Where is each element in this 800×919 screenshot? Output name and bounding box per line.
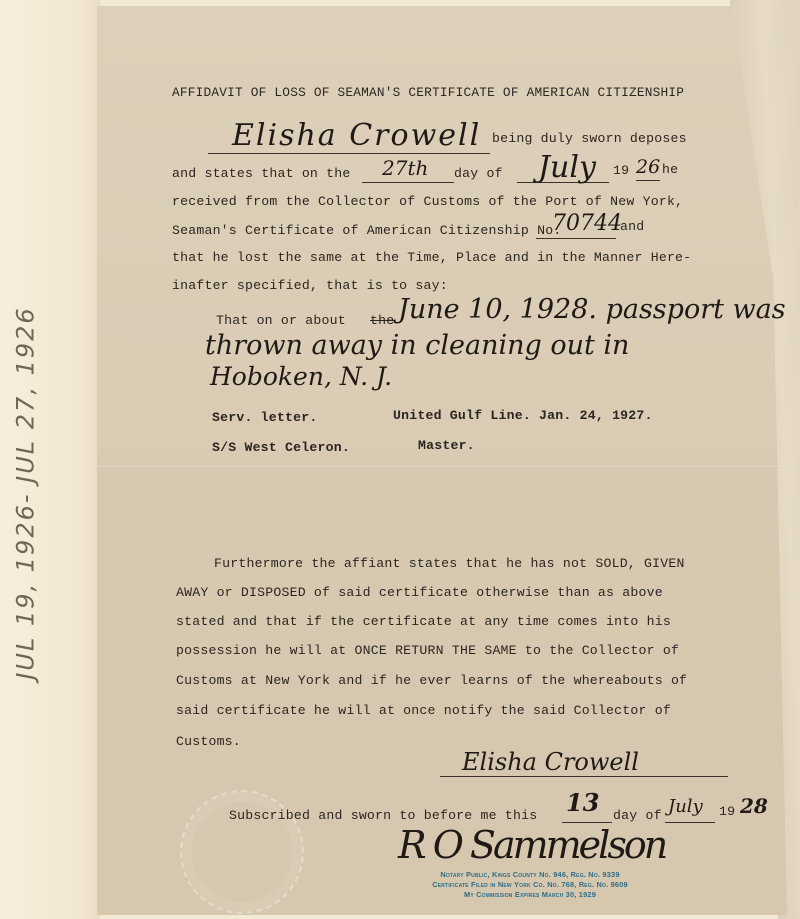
paragraph2-line5: Customs at New York and if he ever learn… <box>176 673 687 688</box>
sworn-month: July <box>668 796 703 817</box>
sworn-dayof: day of <box>613 808 662 823</box>
certificate-number: 70744 <box>552 211 622 236</box>
affiant-name-handwritten: Elisha Crowell <box>232 118 481 153</box>
line7-prefix: That on or about <box>216 313 346 328</box>
paragraph2-line4: possession he will at ONCE RETURN THE SA… <box>176 643 679 658</box>
received-month: July <box>538 150 596 185</box>
sworn-prefix: Subscribed and sworn to before me this <box>229 808 537 823</box>
notary-stamp-line3: My Commission Expires March 30, 1929 <box>390 890 670 900</box>
notary-stamp-line1: Notary Public, Kings County No. 946, Reg… <box>390 870 670 880</box>
sworn-year: 28 <box>740 794 768 818</box>
received-year: 26 <box>636 156 660 178</box>
sworn-day: 13 <box>566 788 599 817</box>
margin-date-text: JUL 19, 1926- JUL 27, 1926 <box>12 306 40 679</box>
paragraph2-line2: AWAY or DISPOSED of said certificate oth… <box>176 585 663 600</box>
line2-suffix: he <box>662 162 678 177</box>
struck-word: the <box>370 313 394 328</box>
ref-rank: Master. <box>418 438 475 453</box>
year-blank <box>636 180 660 181</box>
notary-stamp-line2: Certificate Filed in New York Co. No. 76… <box>390 880 670 890</box>
signature-line <box>440 776 728 777</box>
sworn-month-blank <box>665 822 715 823</box>
handwritten-statement-line3: Hoboken, N. J. <box>210 362 392 391</box>
ref-vessel: S/S West Celeron. <box>212 440 350 455</box>
handwritten-statement-line1: June 10, 1928. passport was <box>398 294 786 325</box>
paragraph2-line1: Furthermore the affiant states that he h… <box>214 556 685 571</box>
paragraph2-line3: stated and that if the certificate at an… <box>176 614 671 629</box>
name-blank <box>208 153 490 154</box>
line2-prefix: and states that on the <box>172 166 351 181</box>
notary-stamp: Notary Public, Kings County No. 946, Reg… <box>390 870 670 900</box>
ref-company-date: United Gulf Line. Jan. 24, 1927. <box>393 408 653 423</box>
cert-number-blank <box>536 238 616 239</box>
document-title: AFFIDAVIT OF LOSS OF SEAMAN'S CERTIFICAT… <box>172 85 684 100</box>
line3-text: received from the Collector of Customs o… <box>172 194 683 209</box>
affiant-signature: Elisha Crowell <box>462 748 639 776</box>
day-blank <box>362 182 454 183</box>
handwritten-statement-line2: thrown away in cleaning out in <box>205 330 629 361</box>
line1-text: being duly sworn deposes <box>492 131 687 146</box>
line6-text: inafter specified, that is to say: <box>172 278 448 293</box>
year-prefix: 19 <box>613 163 629 178</box>
line2-dayof: day of <box>454 166 503 181</box>
line5-text: that he lost the same at the Time, Place… <box>172 250 691 265</box>
received-day: 27th <box>382 156 428 180</box>
sworn-year-prefix: 19 <box>719 804 735 819</box>
notary-signature: R O Sammelson <box>398 823 665 867</box>
paragraph2-line6: said certificate he will at once notify … <box>176 703 671 718</box>
line4-suffix: and <box>620 219 644 234</box>
line4-prefix: Seaman's Certificate of American Citizen… <box>172 223 561 238</box>
ref-service-letter: Serv. letter. <box>212 410 317 425</box>
margin-date-note: JUL 19, 1926- JUL 27, 1926 <box>6 300 46 685</box>
paragraph2-line7: Customs. <box>176 734 241 749</box>
fold-crease <box>97 466 787 468</box>
